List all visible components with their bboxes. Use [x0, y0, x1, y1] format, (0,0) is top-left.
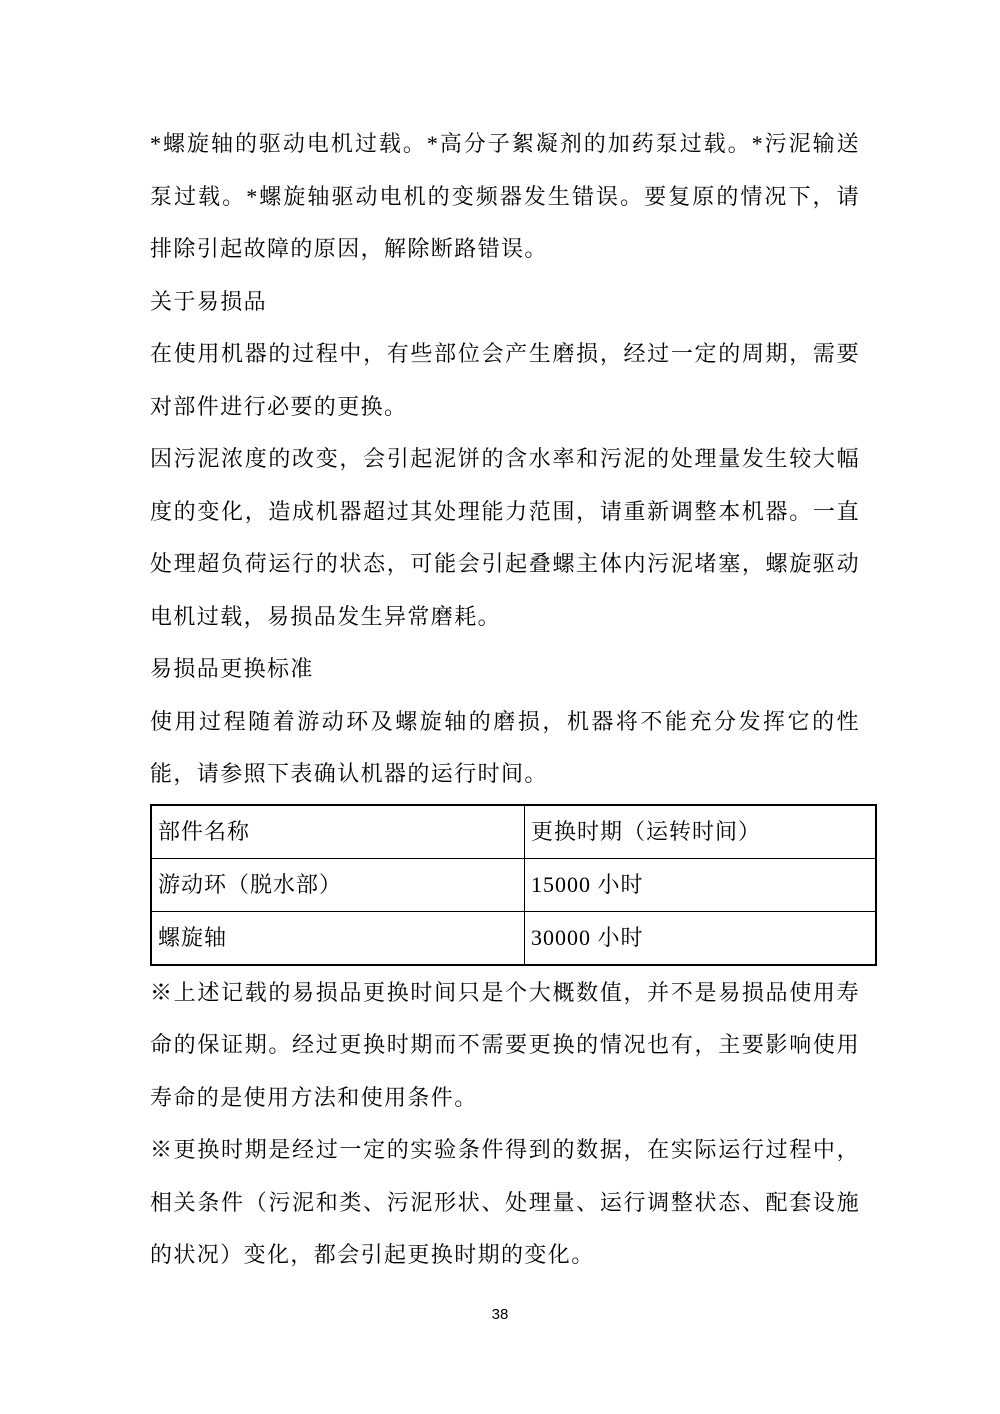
page-number: 38 — [492, 1306, 509, 1323]
heading-about-consumables: 关于易损品 — [150, 276, 860, 329]
paragraph-wear-over-time: 在使用机器的过程中，有些部位会产生磨损，经过一定的周期，需要对部件进行必要的更换… — [150, 328, 860, 433]
table-cell-replacement-period: 15000 小时 — [525, 858, 877, 911]
consumables-replacement-table: 部件名称 更换时期（运转时间） 游动环（脱水部） 15000 小时 螺旋轴 30… — [150, 804, 877, 966]
heading-replacement-standard: 易损品更换标准 — [150, 643, 860, 696]
table-cell-replacement-period: 30000 小时 — [525, 911, 877, 965]
paragraph-overload-errors: *螺旋轴的驱动电机过载。*高分子絮凝剂的加药泵过载。*污泥输送泵过载。*螺旋轴驱… — [150, 118, 860, 276]
table-header-row: 部件名称 更换时期（运转时间） — [151, 805, 876, 859]
page-footer: 38 — [0, 1306, 1000, 1323]
table-header-replacement-period: 更换时期（运转时间） — [525, 805, 877, 859]
table-cell-part-name: 游动环（脱水部） — [151, 858, 525, 911]
paragraph-check-runtime: 使用过程随着游动环及螺旋轴的磨损，机器将不能充分发挥它的性能，请参照下表确认机器… — [150, 696, 860, 801]
table-row-floating-ring: 游动环（脱水部） 15000 小时 — [151, 858, 876, 911]
note-approximate-values: ※上述记载的易损品更换时间只是个大概数值，并不是易损品使用寿命的保证期。经过更换… — [150, 967, 860, 1125]
document-page: *螺旋轴的驱动电机过载。*高分子絮凝剂的加药泵过载。*污泥输送泵过载。*螺旋轴驱… — [0, 0, 1000, 1414]
table-cell-part-name: 螺旋轴 — [151, 911, 525, 965]
table-header-part-name: 部件名称 — [151, 805, 525, 859]
table-row-screw-shaft: 螺旋轴 30000 小时 — [151, 911, 876, 965]
paragraph-sludge-concentration: 因污泥浓度的改变，会引起泥饼的含水率和污泥的处理量发生较大幅度的变化，造成机器超… — [150, 433, 860, 643]
document-content: *螺旋轴的驱动电机过载。*高分子絮凝剂的加药泵过载。*污泥输送泵过载。*螺旋轴驱… — [150, 118, 860, 1282]
note-experimental-conditions: ※更换时期是经过一定的实验条件得到的数据，在实际运行过程中，相关条件（污泥和类、… — [150, 1124, 860, 1282]
